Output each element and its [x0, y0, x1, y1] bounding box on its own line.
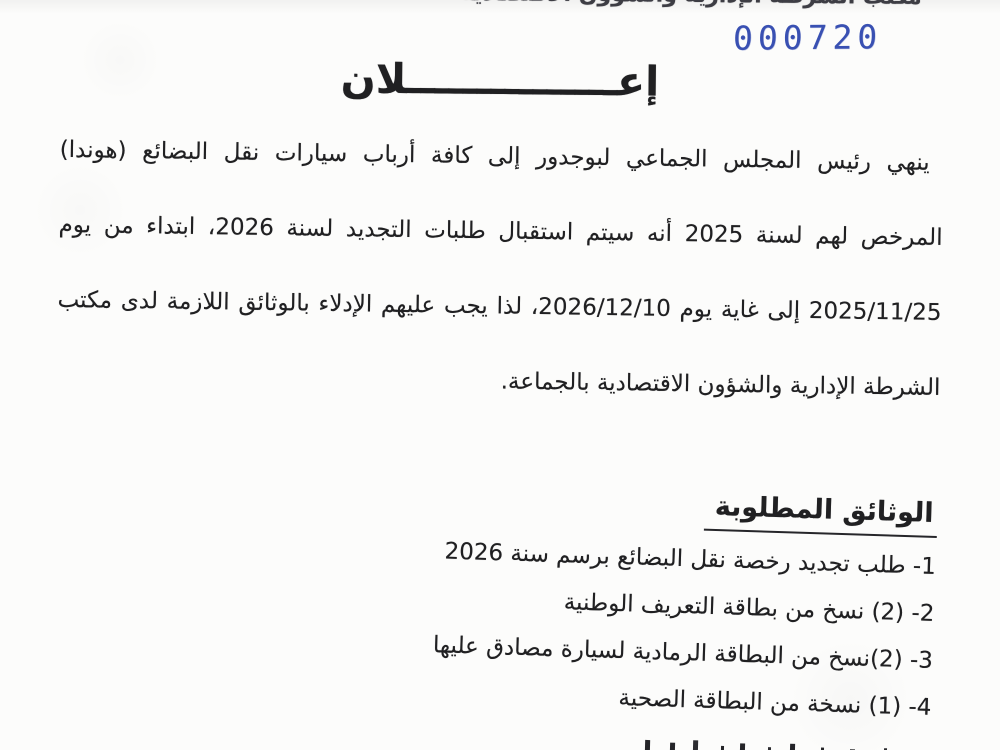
handwritten-reference-number: 000720: [733, 17, 883, 58]
announcement-title: إعـــــــــــــــلان: [0, 51, 1000, 109]
body-line-4: الشرطة الإدارية والشؤون الاقتصادية بالجم…: [56, 338, 941, 426]
body-line-2: المرخص لهم لسنة 2025 أنه سيتم استقبال طل…: [58, 188, 943, 276]
announcement-body: ينهي رئيس المجلس الجماعي لبوجدور إلى كاف…: [56, 113, 944, 426]
scanned-announcement-page: مكتب الشرطة الإدارية والشؤون الاقتصادية …: [0, 0, 1000, 750]
required-documents-heading: الوثائق المطلوبة: [704, 491, 938, 538]
office-stamp-text: مكتب الشرطة الإدارية والشؤون الاقتصادية: [461, 0, 922, 10]
body-line-1: ينهي رئيس المجلس الجماعي لبوجدور إلى كاف…: [59, 113, 944, 201]
body-line-3: 2025/11/25 إلى غاية يوم 2026/12/10، لذا …: [57, 263, 942, 351]
required-documents-list: 1- طلب تجديد رخصة نقل البضائع برسم سنة 2…: [55, 516, 936, 731]
required-documents-section: الوثائق المطلوبة 1- طلب تجديد رخصة نقل ا…: [55, 470, 938, 731]
cutoff-line-fragments: [645, 740, 650, 750]
